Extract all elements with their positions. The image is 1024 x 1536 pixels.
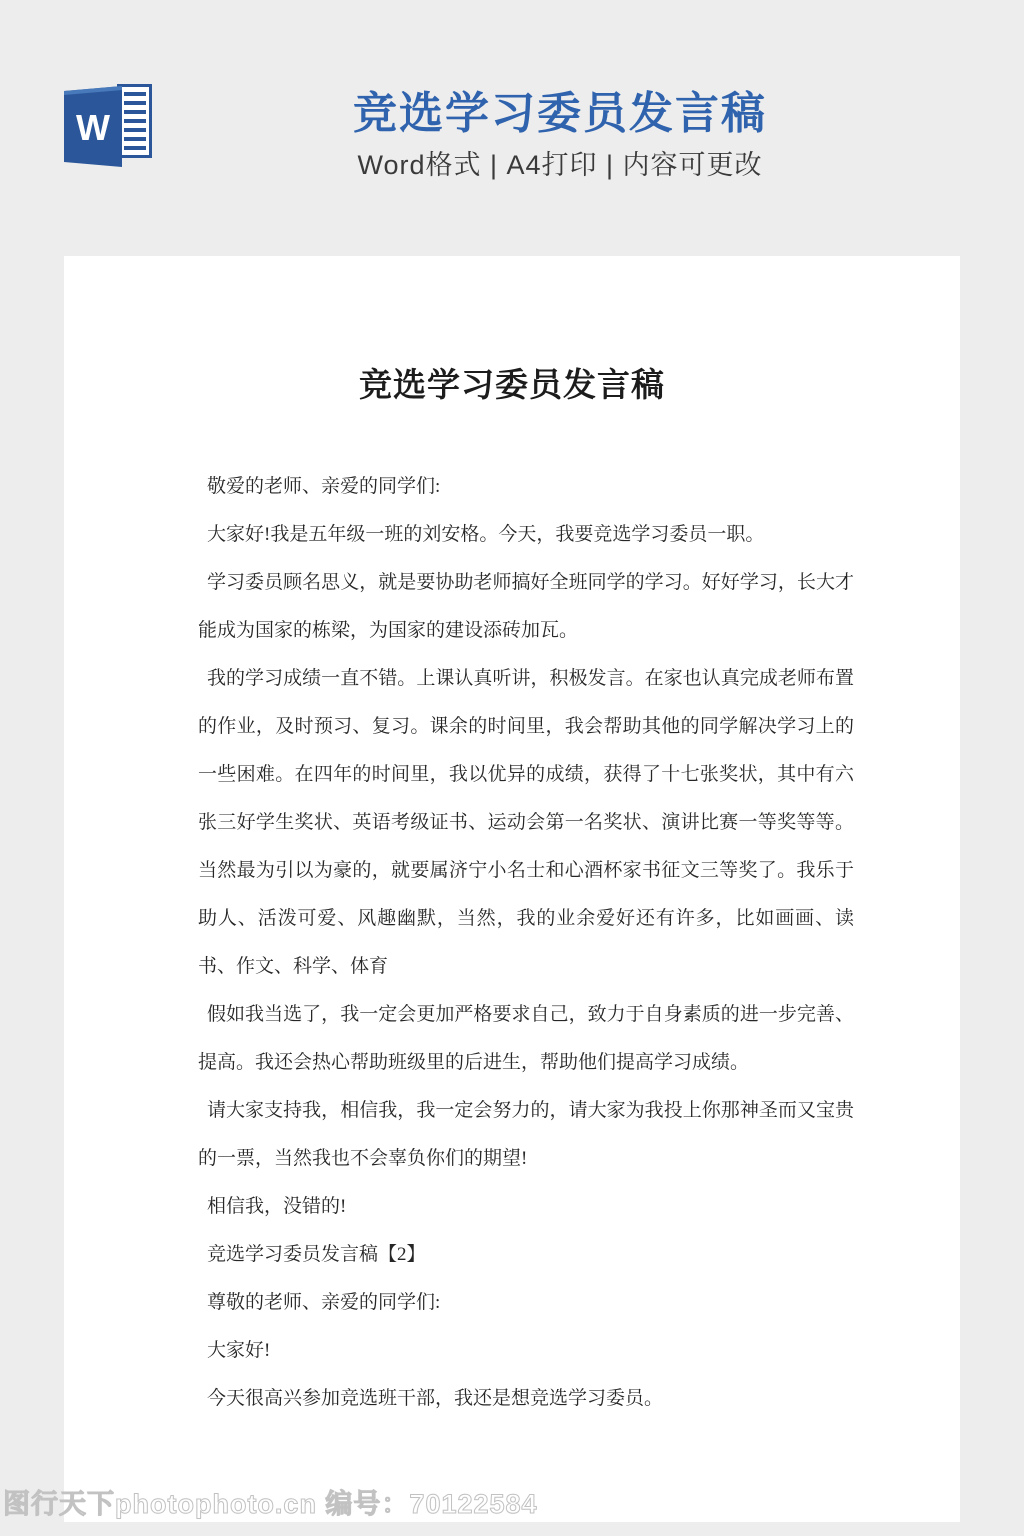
document-paragraph: 大家好! <box>198 1327 854 1375</box>
page: W 竞选学习委员发言稿 Word格式 | A4打印 | 内容可更改 竞选学习委员… <box>0 0 1024 1536</box>
word-icon: W <box>64 84 152 168</box>
header-text-block: 竞选学习委员发言稿 Word格式 | A4打印 | 内容可更改 <box>160 0 960 180</box>
document-title: 竞选学习委员发言稿 <box>64 256 960 406</box>
header: W 竞选学习委员发言稿 Word格式 | A4打印 | 内容可更改 <box>0 0 1024 256</box>
document-paragraph: 尊敬的老师、亲爱的同学们: <box>198 1279 854 1327</box>
document-paragraph: 我的学习成绩一直不错。上课认真听讲，积极发言。在家也认真完成老师布置的作业，及时… <box>198 655 854 991</box>
document-paragraph: 竞选学习委员发言稿【2】 <box>198 1231 854 1279</box>
document-paragraph: 今天很高兴参加竞选班干部，我还是想竞选学习委员。 <box>198 1375 854 1423</box>
document-paragraph: 请大家支持我，相信我，我一定会努力的，请大家为我投上你那神圣而又宝贵的一票，当然… <box>198 1087 854 1183</box>
document-paragraph: 学习委员顾名思义，就是要协助老师搞好全班同学的学习。好好学习，长大才能成为国家的… <box>198 559 854 655</box>
document-body: 敬爱的老师、亲爱的同学们:大家好!我是五年级一班的刘安格。今天，我要竞选学习委员… <box>198 463 854 1423</box>
word-icon-letter: W <box>76 107 110 148</box>
template-subtitle: Word格式 | A4打印 | 内容可更改 <box>160 150 960 180</box>
document-paragraph: 大家好!我是五年级一班的刘安格。今天，我要竞选学习委员一职。 <box>198 511 854 559</box>
document-paragraph: 敬爱的老师、亲爱的同学们: <box>198 463 854 511</box>
document-paragraph: 相信我，没错的! <box>198 1183 854 1231</box>
watermark-text: 图行天下photophoto.cn 编号：70122584 <box>3 1488 538 1520</box>
document-paragraph: 假如我当选了，我一定会更加严格要求自己，致力于自身素质的进一步完善、提高。我还会… <box>198 991 854 1087</box>
document-page: 竞选学习委员发言稿 敬爱的老师、亲爱的同学们:大家好!我是五年级一班的刘安格。今… <box>64 256 960 1522</box>
template-title: 竞选学习委员发言稿 <box>160 0 960 138</box>
